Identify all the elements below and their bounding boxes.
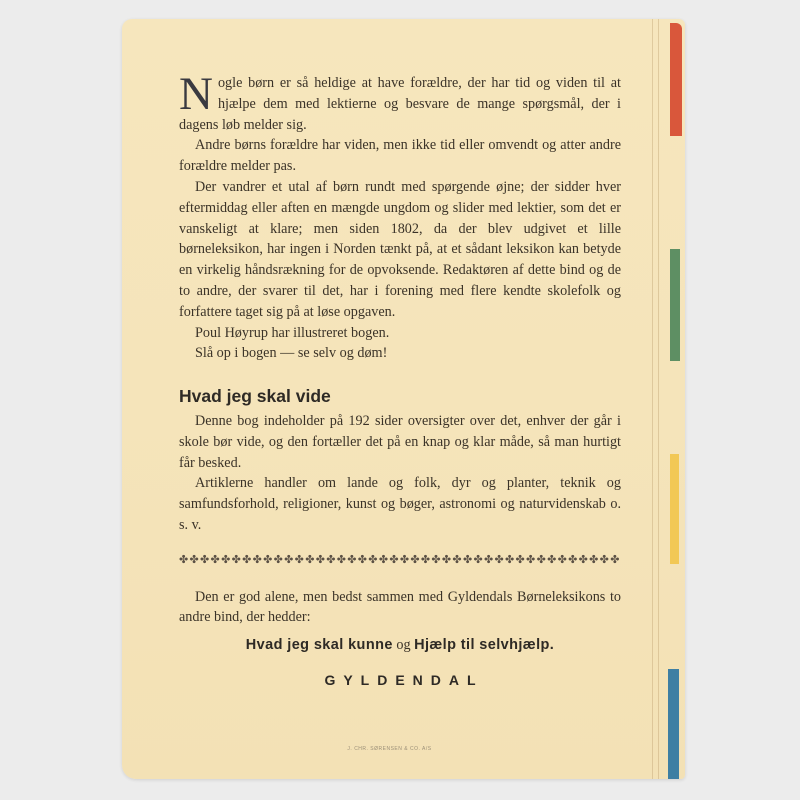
intro-paragraph: Andre børns forældre har viden, men ikke… xyxy=(179,135,621,177)
spine-color-strip-yellow xyxy=(670,454,679,564)
spine-crease xyxy=(658,19,659,779)
companion-title-1: Hvad jeg skal kunne xyxy=(246,637,393,653)
intro-paragraph: Nogle børn er så heldige at have forældr… xyxy=(179,73,621,135)
section-heading: Hvad jeg skal vide xyxy=(179,386,621,407)
spine-color-strip-red xyxy=(670,23,682,136)
drop-cap: N xyxy=(179,75,213,113)
spine-color-strip-blue xyxy=(668,669,679,779)
cover-text: Nogle børn er så heldige at have forældr… xyxy=(179,73,621,691)
illustrator-credit: Poul Høyrup har illustreret bogen. xyxy=(179,323,621,344)
promo-paragraph: Den er god alene, men bedst sammen med G… xyxy=(179,587,621,629)
call-to-action: Slå op i bogen — se selv og døm! xyxy=(179,343,621,364)
spine-color-strip-green xyxy=(670,249,680,361)
companion-title-2: Hjælp til selvhjælp. xyxy=(414,637,554,653)
intro-paragraph: Der vandrer et utal af børn rundt med sp… xyxy=(179,177,621,323)
conjunction: og xyxy=(393,637,414,653)
section-paragraph: Denne bog indeholder på 192 sider oversi… xyxy=(179,411,621,473)
ornament-divider: ✤✤✤✤✤✤✤✤✤✤✤✤✤✤✤✤✤✤✤✤✤✤✤✤✤✤✤✤✤✤✤✤✤✤✤✤✤✤✤✤… xyxy=(179,550,621,571)
printer-imprint: J. CHR. SØRENSEN & CO. A/S xyxy=(122,746,657,752)
companion-titles: Hvad jeg skal kunne og Hjælp til selvhjæ… xyxy=(179,635,621,656)
book-back-cover: Nogle børn er så heldige at have forældr… xyxy=(122,19,685,779)
publisher-name: GYLDENDAL xyxy=(179,670,621,691)
spine-crease xyxy=(652,19,653,779)
section-paragraph: Artiklerne handler om lande og folk, dyr… xyxy=(179,473,621,535)
